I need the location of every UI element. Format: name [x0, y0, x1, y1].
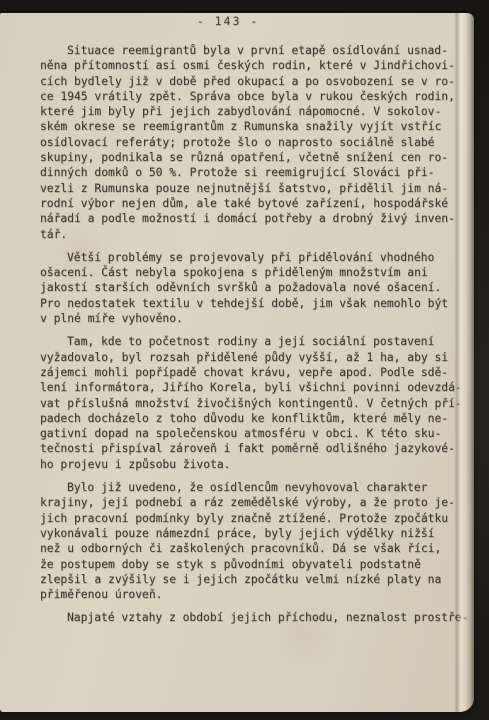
text-line: Bylo již uvedeno, že osídlencům nevyhovo…: [40, 480, 456, 495]
text-block: Situace reemigrantů byla v první etapě o…: [40, 43, 456, 626]
text-line: Situace reemigrantů byla v první etapě o…: [40, 43, 456, 58]
text-line: vykonávali pouze námezdní práce, byly je…: [40, 526, 456, 541]
text-line: ošacení. Část nebyla spokojena s přiděle…: [40, 265, 456, 280]
text-line: v plné míře vyhověno.: [40, 311, 456, 326]
text-line: skupiny, podnikala se různá opatření, vč…: [40, 150, 456, 165]
book-page-edge: [454, 13, 474, 712]
text-line: že postupem doby se styk s původními oby…: [40, 557, 456, 572]
text-line: osídlovací referáty; protože šlo o napro…: [40, 135, 456, 150]
text-line: Pro nedostatek textilu v tehdejší době, …: [40, 296, 456, 311]
text-line: nářadí a podle možností i domácí potřeby…: [40, 211, 456, 226]
text-line: něna přítomností asi osmi českých rodin,…: [40, 58, 456, 73]
paragraph: Tam, kde to početnost rodiny a její soci…: [40, 334, 456, 472]
text-line: ském okrese se reemigrantům z Rumunska s…: [40, 119, 456, 134]
text-line: krajiny, její podnebí a ráz zemědělské v…: [40, 495, 456, 510]
text-line: ho projevu i způsobu života.: [40, 457, 456, 472]
paragraph: Napjaté vztahy z období jejich příchodu,…: [40, 610, 456, 625]
text-line: jich pracovní podmínky byly značně ztíže…: [40, 511, 456, 526]
text-line: přiměřenou úroveň.: [40, 587, 456, 602]
text-line: tečnosti přispíval zároveň i fakt poměrn…: [40, 441, 456, 456]
document-page: - 143 - Situace reemigrantů byla v první…: [0, 13, 474, 712]
text-line: vat příslušná množství živočišných konti…: [40, 396, 456, 411]
text-line: než u odborných či zaškolených pracovník…: [40, 541, 456, 556]
text-line: vyžadovalo, byl rozsah přidělené půdy vy…: [40, 350, 456, 365]
text-line: vezli z Rumunska pouze nejnutnější šatst…: [40, 181, 456, 196]
paragraph: Situace reemigrantů byla v první etapě o…: [40, 43, 456, 242]
text-line: lení informátora, Jiřího Korela, byli vš…: [40, 380, 456, 395]
text-line: ce 1945 vrátily zpět. Správa obce byla v…: [40, 89, 456, 104]
text-line: zájemci mohli popřípadě chovat krávu, ve…: [40, 365, 456, 380]
text-line: zlepšil a zvýšily se i jejich zpočátku v…: [40, 572, 456, 587]
scanned-photo-frame: - 143 - Situace reemigrantů byla v první…: [0, 0, 489, 720]
paragraph: Bylo již uvedeno, že osídlencům nevyhovo…: [40, 480, 456, 602]
text-line: padech docházelo z toho důvodu ke konfli…: [40, 411, 456, 426]
text-line: gativní dopad na společenskou atmosféru …: [40, 426, 456, 441]
paragraph: Větší problémy se projevovaly při přiděl…: [40, 250, 456, 326]
text-line: Napjaté vztahy z období jejich příchodu,…: [40, 610, 456, 625]
text-line: které jim byly při jejich zabydlování ná…: [40, 104, 456, 119]
text-line: cích bydlely již v době před okupací a p…: [40, 74, 456, 89]
text-line: Tam, kde to početnost rodiny a její soci…: [40, 334, 456, 349]
text-line: tář.: [40, 227, 456, 242]
page-number: - 143 -: [0, 14, 456, 28]
text-line: jakostí starších oděvních svršků a požad…: [40, 280, 456, 295]
text-line: rodní výbor nejen dům, ale také bytové z…: [40, 196, 456, 211]
text-line: Větší problémy se projevovaly při přiděl…: [40, 250, 456, 265]
text-line: dinných domků o 50 %. Protože si reemigr…: [40, 165, 456, 180]
